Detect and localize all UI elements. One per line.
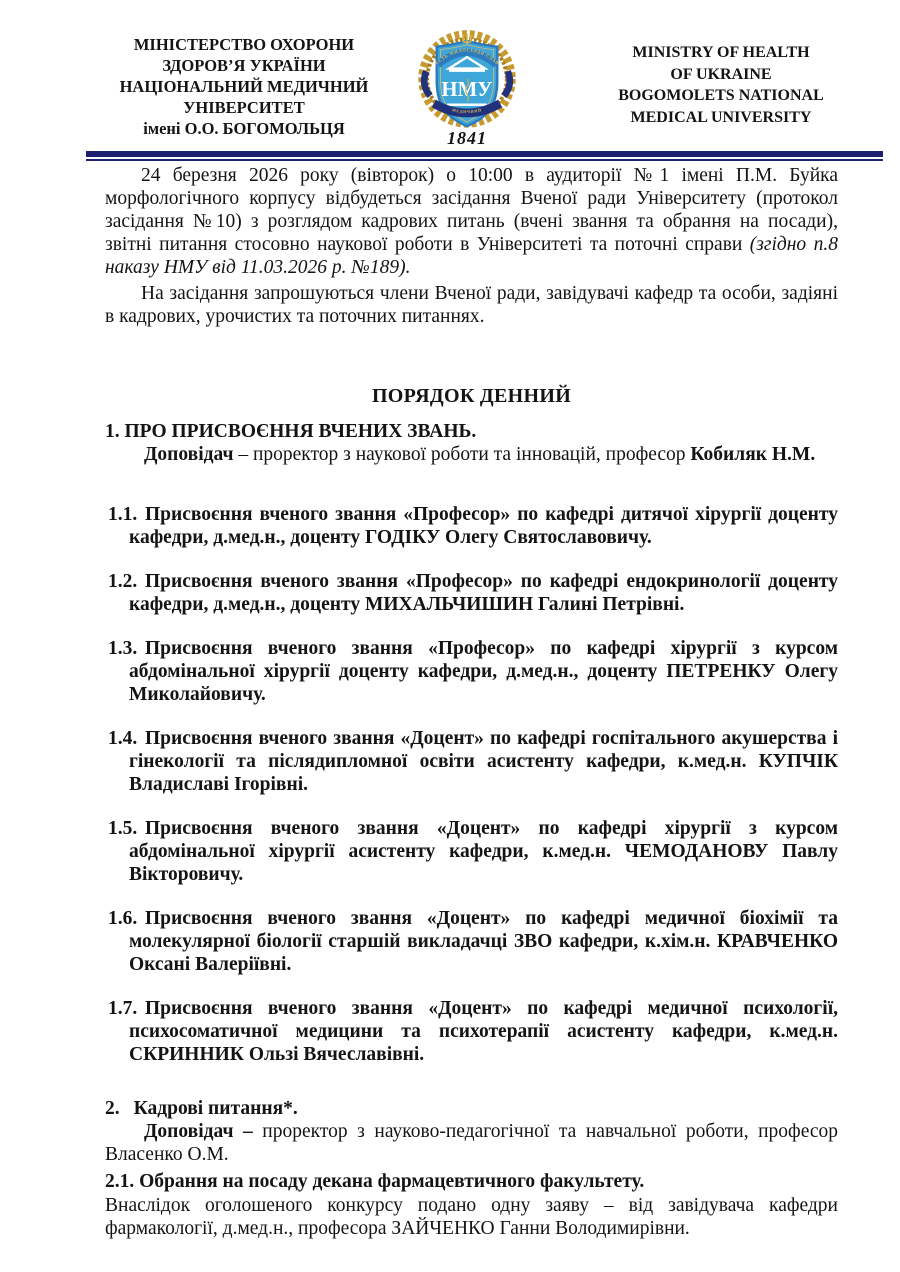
- item-text: Присвоєння вченого звання «Доцент» по ка…: [129, 818, 838, 885]
- speaker-role: – проректор з наукової роботи та інновац…: [233, 444, 690, 465]
- document-page: МІНІСТЕРСТВО ОХОРОНИ ЗДОРОВ’Я УКРАЇНИ НА…: [0, 0, 900, 1272]
- org-line: УНІВЕРСИТЕТ: [93, 97, 395, 118]
- section1-speaker: Доповідач – проректор з наукової роботи …: [105, 443, 838, 466]
- letterhead-logo: ЧЕСТЬ МИЛОСЕРДЯ СЛАВА НМУ МЕДИЧНИЙ 1841: [401, 24, 533, 149]
- item-text: Присвоєння вченого звання «Професор» по …: [129, 504, 838, 548]
- section2-number: 2.: [105, 1098, 120, 1119]
- agenda-item: 1.4.Присвоєння вченого звання «Доцент» п…: [105, 727, 838, 796]
- org-line-en: MINISTRY OF HEALTH: [571, 42, 871, 64]
- item-text: Присвоєння вченого звання «Доцент» по ка…: [129, 728, 838, 795]
- agenda-item: 1.7.Присвоєння вченого звання «Доцент» п…: [105, 997, 838, 1066]
- speaker-name: Кобиляк Н.М.: [690, 444, 815, 465]
- item-number: 1.2.: [108, 570, 137, 593]
- portico-architrave: [449, 69, 485, 71]
- org-line: НАЦІОНАЛЬНИЙ МЕДИЧНИЙ: [93, 76, 395, 97]
- item-number: 1.3.: [108, 637, 137, 660]
- agenda-items-list: 1.1.Присвоєння вченого звання «Професор»…: [105, 503, 838, 1066]
- item-number: 1.7.: [108, 997, 137, 1020]
- letterhead-english: MINISTRY OF HEALTH OF UKRAINE BOGOMOLETS…: [571, 24, 871, 128]
- section2-title: Кадрові питання*.: [134, 1098, 298, 1119]
- university-crest-icon: ЧЕСТЬ МИЛОСЕРДЯ СЛАВА НМУ МЕДИЧНИЙ: [414, 24, 520, 130]
- document-body: 24 березня 2026 року (вівторок) о 10:00 …: [0, 164, 900, 1240]
- founding-year: 1841: [401, 128, 533, 149]
- org-line-en: MEDICAL UNIVERSITY: [571, 107, 871, 129]
- org-line: ЗДОРОВ’Я УКРАЇНИ: [93, 55, 395, 76]
- item-number: 1.4.: [108, 727, 137, 750]
- portico-base: [447, 104, 487, 106]
- monogram-text: НМУ: [441, 77, 492, 101]
- item-text: Присвоєння вченого звання «Професор» по …: [129, 571, 838, 615]
- item-text: Присвоєння вченого звання «Доцент» по ка…: [129, 908, 838, 975]
- agenda-title: ПОРЯДОК ДЕННИЙ: [105, 385, 838, 408]
- section2-1-heading: 2.1. Обрання на посаду декана фармацевти…: [105, 1171, 838, 1193]
- org-line-en: OF UKRAINE: [571, 64, 871, 86]
- invitation-paragraph: На засідання запрошуються члени Вченої р…: [105, 282, 838, 328]
- org-line-en: BOGOMOLETS NATIONAL: [571, 85, 871, 107]
- section1-heading: 1. ПРО ПРИСВОЄННЯ ВЧЕНИХ ЗВАНЬ.: [105, 421, 838, 443]
- header-divider: [86, 151, 883, 161]
- org-line: МІНІСТЕРСТВО ОХОРОНИ: [93, 34, 395, 55]
- speaker-label: Доповідач –: [144, 1121, 253, 1142]
- announcement-paragraph: 24 березня 2026 року (вівторок) о 10:00 …: [105, 164, 838, 279]
- agenda-item: 1.2.Присвоєння вченого звання «Професор»…: [105, 570, 838, 616]
- agenda-item: 1.6.Присвоєння вченого звання «Доцент» п…: [105, 907, 838, 976]
- agenda-item: 1.3.Присвоєння вченого звання «Професор»…: [105, 637, 838, 706]
- letterhead-ukrainian: МІНІСТЕРСТВО ОХОРОНИ ЗДОРОВ’Я УКРАЇНИ НА…: [93, 24, 395, 139]
- agenda-item: 1.5.Присвоєння вченого звання «Доцент» п…: [105, 817, 838, 886]
- section2-speaker: Доповідач – проректор з науково-педагогі…: [105, 1120, 838, 1166]
- announcement-text: 24 березня 2026 року (вівторок) о 10:00 …: [105, 165, 838, 255]
- section2-1-body: Внаслідок оголошеного конкурсу подано од…: [105, 1194, 838, 1240]
- item-number: 1.6.: [108, 907, 137, 930]
- speaker-label: Доповідач: [144, 444, 233, 465]
- item-text: Присвоєння вченого звання «Професор» по …: [129, 638, 838, 705]
- agenda-item: 1.1.Присвоєння вченого звання «Професор»…: [105, 503, 838, 549]
- item-number: 1.1.: [108, 503, 137, 526]
- item-number: 1.5.: [108, 817, 137, 840]
- section2-heading: 2.Кадрові питання*.: [105, 1098, 838, 1120]
- letterhead: МІНІСТЕРСТВО ОХОРОНИ ЗДОРОВ’Я УКРАЇНИ НА…: [0, 0, 900, 149]
- org-line: імені О.О. БОГОМОЛЬЦЯ: [93, 118, 395, 139]
- item-text: Присвоєння вченого звання «Доцент» по ка…: [129, 998, 838, 1065]
